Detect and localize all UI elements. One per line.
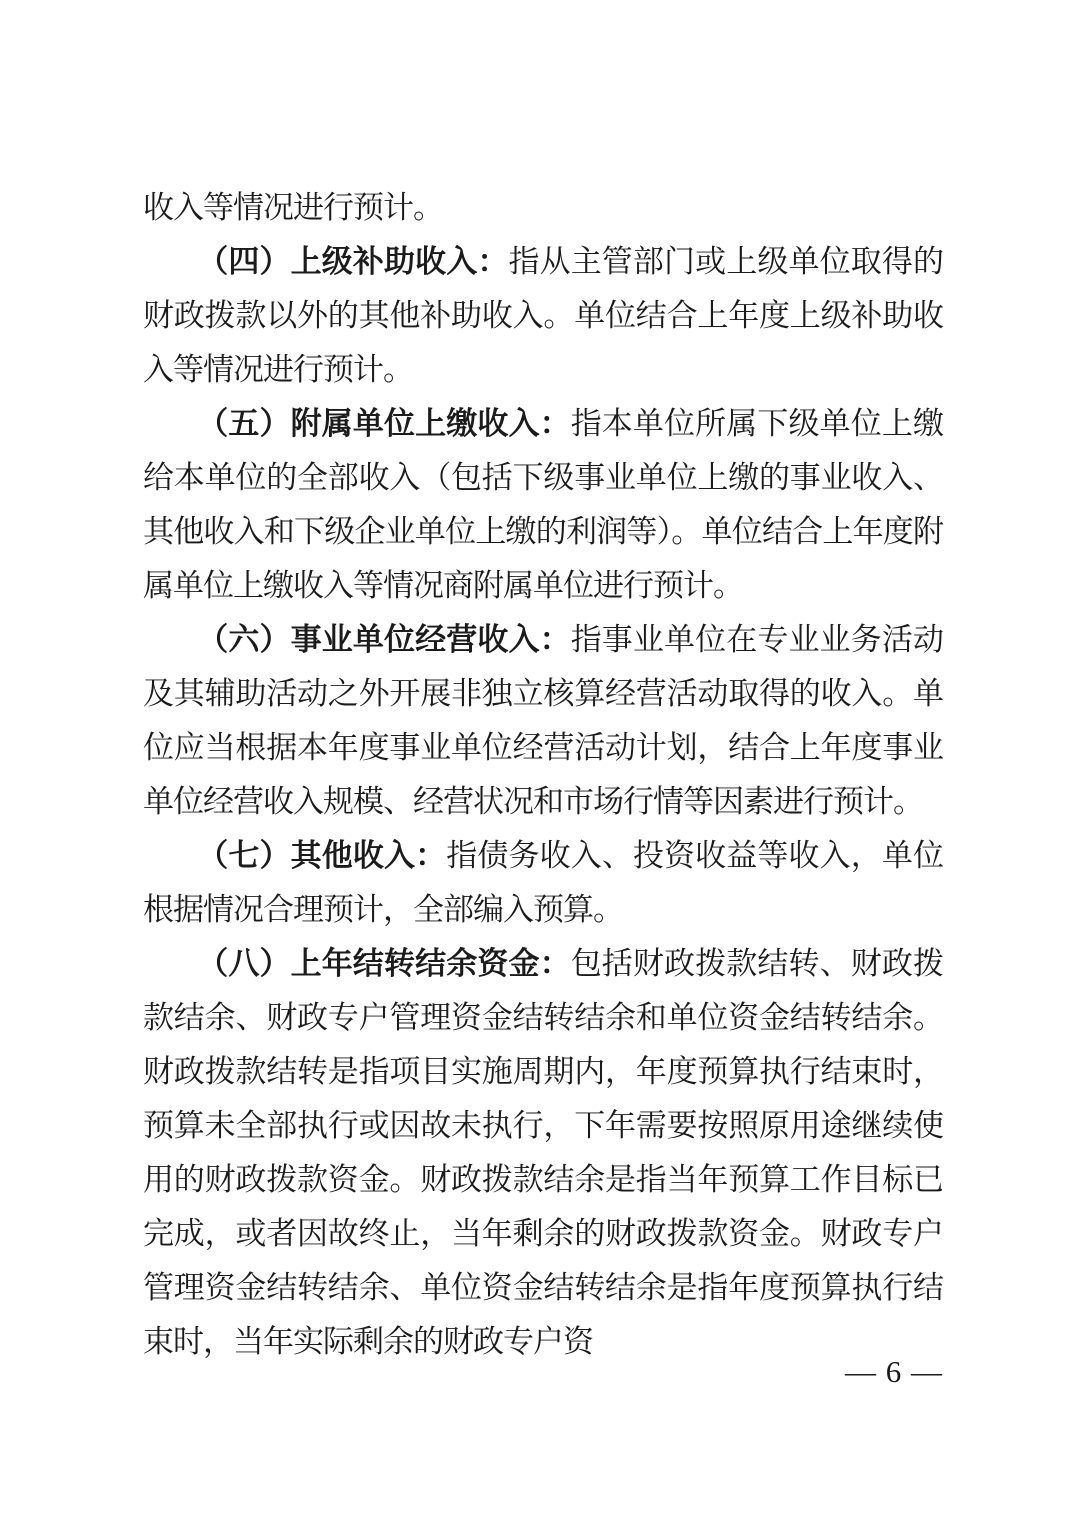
paragraph-heading: （五）附属单位上缴收入：	[197, 406, 570, 441]
paragraph-heading: （八）上年结转结余资金：	[197, 946, 570, 981]
paragraph-heading: （七）其他收入：	[197, 838, 446, 873]
page-number: — 6 —	[845, 1352, 943, 1392]
paragraph-continuation: 收入等情况进行预计。	[143, 181, 943, 235]
paragraph-item-7: （七）其他收入：指债务收入、投资收益等收入，单位根据情况合理预计，全部编入预算。	[143, 829, 943, 937]
paragraph-item-5: （五）附属单位上缴收入：指本单位所属下级单位上缴给本单位的全部收入（包括下级事业…	[143, 397, 943, 613]
paragraph-heading: （六）事业单位经营收入：	[197, 622, 570, 657]
paragraph-item-4: （四）上级补助收入：指从主管部门或上级单位取得的财政拨款以外的其他补助收入。单位…	[143, 235, 943, 397]
paragraph-text: 收入等情况进行预计。	[143, 190, 443, 225]
document-body: 收入等情况进行预计。 （四）上级补助收入：指从主管部门或上级单位取得的财政拨款以…	[143, 181, 943, 1369]
paragraph-item-6: （六）事业单位经营收入：指事业单位在专业业务活动及其辅助活动之外开展非独立核算经…	[143, 613, 943, 829]
paragraph-text: 包括财政拨款结转、财政拨款结余、财政专户管理资金结转结余和单位资金结转结余。财政…	[143, 946, 943, 1359]
paragraph-item-8: （八）上年结转结余资金：包括财政拨款结转、财政拨款结余、财政专户管理资金结转结余…	[143, 937, 943, 1369]
document-page: 收入等情况进行预计。 （四）上级补助收入：指从主管部门或上级单位取得的财政拨款以…	[0, 0, 1074, 1520]
paragraph-heading: （四）上级补助收入：	[197, 244, 508, 279]
